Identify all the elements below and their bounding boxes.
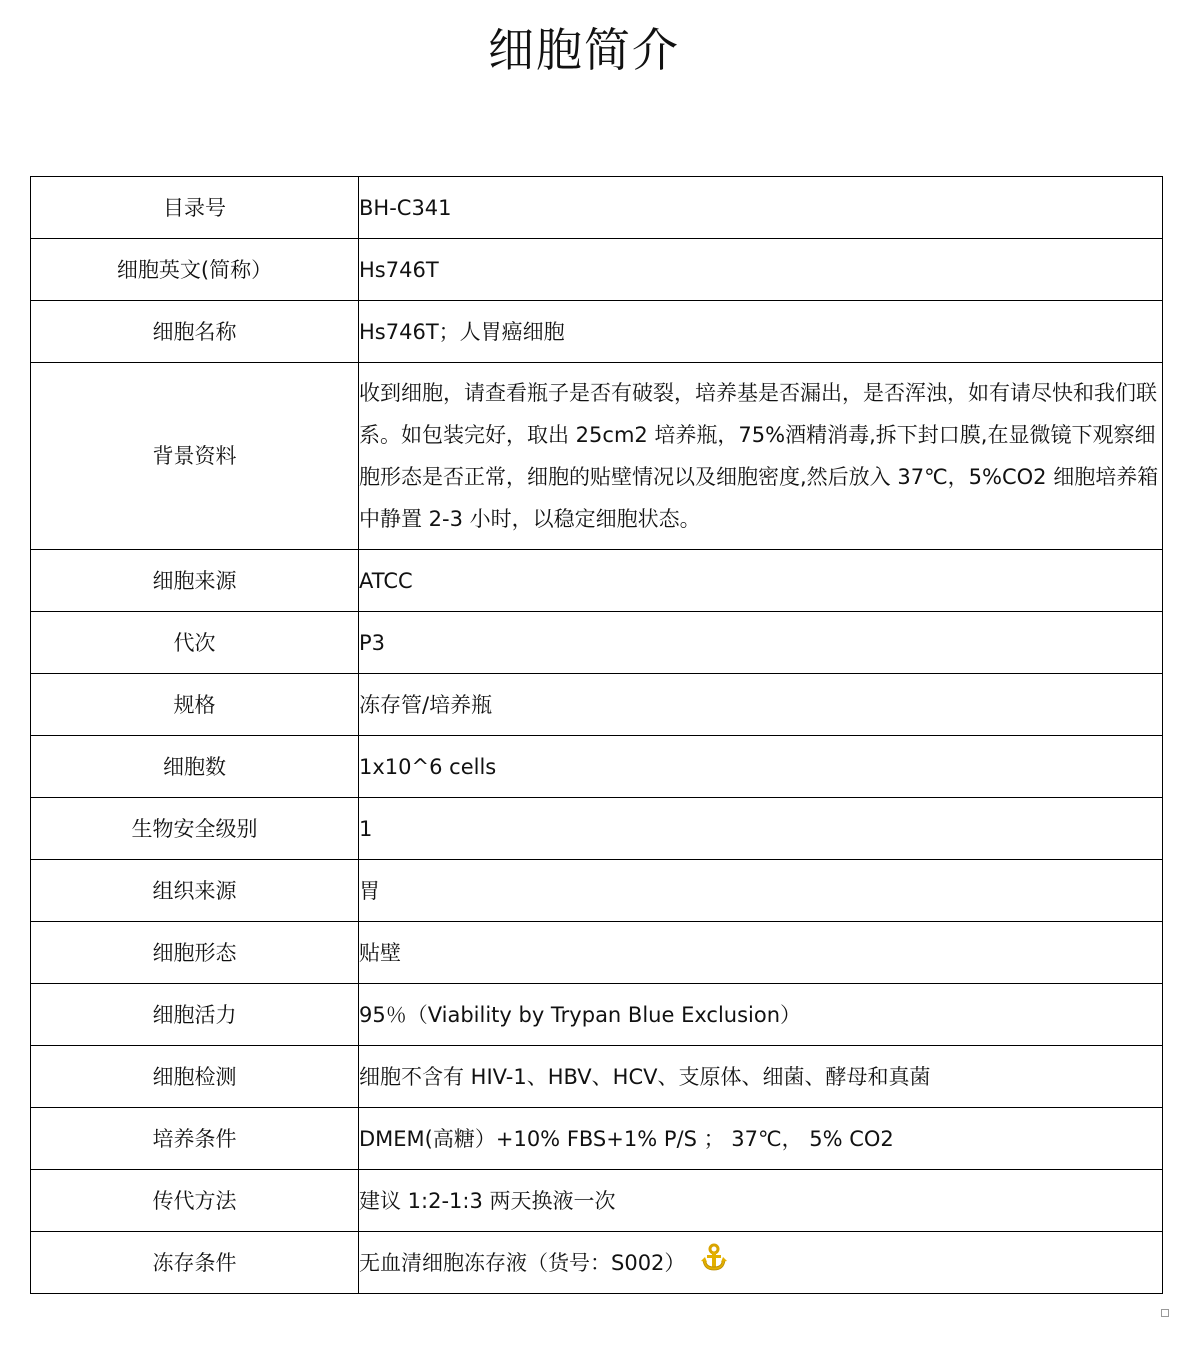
row-value: 1x10^6 cells <box>359 736 1163 798</box>
anchor-icon[interactable] <box>700 1243 728 1273</box>
table-row: 传代方法 建议 1:2-1:3 两天换液一次 <box>31 1170 1163 1232</box>
table-row: 细胞英文(简称） Hs746T <box>31 239 1163 301</box>
row-label: 冻存条件 <box>31 1232 359 1294</box>
row-label: 生物安全级别 <box>31 798 359 860</box>
row-label: 细胞检测 <box>31 1046 359 1108</box>
row-label: 细胞数 <box>31 736 359 798</box>
row-value: ATCC <box>359 550 1163 612</box>
table-row: 培养条件 DMEM(高糖）+10% FBS+1% P/S ； 37℃， 5% C… <box>31 1108 1163 1170</box>
row-value: 建议 1:2-1:3 两天换液一次 <box>359 1170 1163 1232</box>
table-row: 细胞来源 ATCC <box>31 550 1163 612</box>
table-row: 细胞名称 Hs746T；人胃癌细胞 <box>31 301 1163 363</box>
row-value-cell: 无血清细胞冻存液（货号：S002） <box>359 1232 1163 1294</box>
table-row: 背景资料 收到细胞，请查看瓶子是否有破裂，培养基是否漏出，是否浑浊，如有请尽快和… <box>31 363 1163 550</box>
row-value: 胃 <box>359 860 1163 922</box>
table-row: 细胞形态 贴壁 <box>31 922 1163 984</box>
table-row: 冻存条件 无血清细胞冻存液（货号：S002） <box>31 1232 1163 1294</box>
row-value: 1 <box>359 798 1163 860</box>
row-label: 细胞形态 <box>31 922 359 984</box>
row-label: 培养条件 <box>31 1108 359 1170</box>
table-row: 生物安全级别 1 <box>31 798 1163 860</box>
row-value: P3 <box>359 612 1163 674</box>
row-label: 目录号 <box>31 177 359 239</box>
row-value: Hs746T <box>359 239 1163 301</box>
row-value: 冻存管/培养瓶 <box>359 674 1163 736</box>
cell-info-table: 目录号 BH-C341 细胞英文(简称） Hs746T 细胞名称 Hs746T；… <box>30 176 1163 1294</box>
table-resize-handle[interactable] <box>1161 1309 1169 1317</box>
row-value: BH-C341 <box>359 177 1163 239</box>
table-row: 目录号 BH-C341 <box>31 177 1163 239</box>
row-label: 组织来源 <box>31 860 359 922</box>
table-row: 细胞检测 细胞不含有 HIV-1、HBV、HCV、支原体、细菌、酵母和真菌 <box>31 1046 1163 1108</box>
page-title: 细胞简介 <box>0 18 1168 82</box>
table-row: 细胞活力 95％（Viability by Trypan Blue Exclus… <box>31 984 1163 1046</box>
table-row: 代次 P3 <box>31 612 1163 674</box>
row-label: 细胞活力 <box>31 984 359 1046</box>
row-value: DMEM(高糖）+10% FBS+1% P/S ； 37℃， 5% CO2 <box>359 1108 1163 1170</box>
row-label: 背景资料 <box>31 363 359 550</box>
row-value: 95％（Viability by Trypan Blue Exclusion） <box>359 984 1163 1046</box>
table-row: 规格 冻存管/培养瓶 <box>31 674 1163 736</box>
row-value: 无血清细胞冻存液（货号：S002） <box>359 1251 685 1275</box>
table-row: 细胞数 1x10^6 cells <box>31 736 1163 798</box>
table-row: 组织来源 胃 <box>31 860 1163 922</box>
row-label: 细胞英文(简称） <box>31 239 359 301</box>
row-value: Hs746T；人胃癌细胞 <box>359 301 1163 363</box>
row-label: 代次 <box>31 612 359 674</box>
row-label: 规格 <box>31 674 359 736</box>
row-label: 传代方法 <box>31 1170 359 1232</box>
row-label: 细胞来源 <box>31 550 359 612</box>
background-text: 收到细胞，请查看瓶子是否有破裂，培养基是否漏出，是否浑浊，如有请尽快和我们联系。… <box>359 363 1163 550</box>
row-value: 贴壁 <box>359 922 1163 984</box>
row-label: 细胞名称 <box>31 301 359 363</box>
row-value: 细胞不含有 HIV-1、HBV、HCV、支原体、细菌、酵母和真菌 <box>359 1046 1163 1108</box>
